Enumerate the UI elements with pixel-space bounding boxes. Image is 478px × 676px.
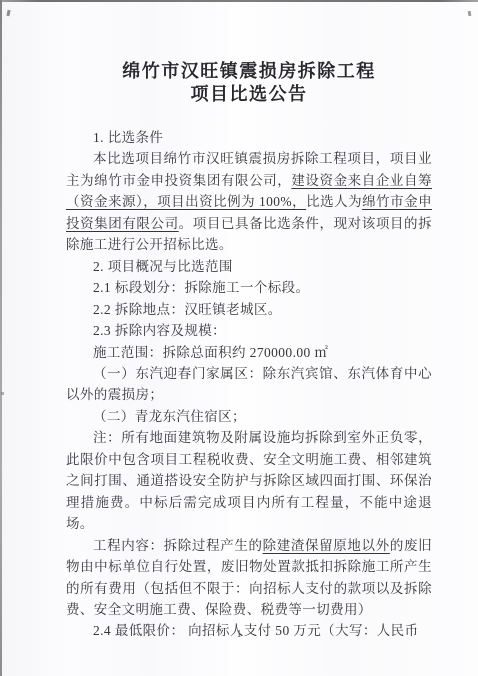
scan-artifact — [6, 10, 10, 16]
text-run: 2. 项目概况与比选范围 — [93, 259, 233, 274]
scanned-document-page: 绵竹市汉旺镇震损房拆除工程 项目比选公告 1. 比选条件 本比选项目绵竹市汉旺镇… — [0, 0, 478, 676]
text-run: 2.1 标段划分：拆除施工一个标段。 — [93, 280, 309, 295]
paragraph-section-1-heading: 1. 比选条件 — [66, 127, 432, 148]
document-title-line-1: 绵竹市汉旺镇震损房拆除工程 — [66, 60, 432, 83]
document-title: 绵竹市汉旺镇震损房拆除工程 项目比选公告 — [66, 60, 432, 106]
scan-artifact — [468, 11, 472, 16]
paragraph-2-2: 2.2 拆除地点：汉旺镇老城区。 — [66, 299, 432, 320]
text-run: （二）青龙东汽住宿区； — [93, 409, 246, 424]
scan-edge-top — [0, 0, 478, 2]
scan-edge-left — [0, 0, 2, 676]
paragraph-note: 注：所有地面建筑物及附属设施均拆除到室外正负零，此限价中包含项目工程税收费、安全… — [66, 427, 432, 534]
document-body: 1. 比选条件 本比选项目绵竹市汉旺镇震损房拆除工程项目，项目业主为绵竹市金申投… — [66, 127, 432, 642]
text-run: （一）东汽迎春门家属区：除东汽宾馆、东汽体育中心以外的震损房； — [66, 366, 432, 402]
paragraph-scope: 施工范围：拆除总面积约 270000.00 ㎡ — [66, 342, 432, 363]
paragraph-2-3: 2.3 拆除内容及规模： — [66, 320, 432, 341]
document-content: 绵竹市汉旺镇震损房拆除工程 项目比选公告 1. 比选条件 本比选项目绵竹市汉旺镇… — [66, 60, 432, 642]
scan-artifact — [1, 392, 4, 395]
paragraph-area-2: （二）青龙东汽住宿区； — [66, 406, 432, 427]
text-run: 工程内容：拆除过程产生的 — [93, 538, 263, 553]
paragraph-bid-conditions: 本比选项目绵竹市汉旺镇震损房拆除工程项目，项目业主为绵竹市金申投资集团有限公司，… — [66, 148, 432, 255]
text-run: 施工范围：拆除总面积约 270000.00 ㎡ — [93, 345, 328, 360]
text-run: 比选人为 — [306, 194, 362, 209]
text-run: 1. 比选条件 — [93, 130, 163, 145]
paragraph-2-1: 2.1 标段划分：拆除施工一个标段。 — [66, 277, 432, 298]
paragraph-work-content: 工程内容：拆除过程产生的除建渣保留原地以外的废旧物由中标单位自行处置，废旧物处置… — [66, 535, 432, 621]
paragraph-area-1: （一）东汽迎春门家属区：除东汽宾馆、东汽体育中心以外的震损房； — [66, 363, 432, 406]
underlined-text: 除建渣保留原地以外 — [263, 538, 390, 553]
paragraph-section-2-heading: 2. 项目概况与比选范围 — [66, 256, 432, 277]
document-title-line-2: 项目比选公告 — [66, 83, 432, 106]
page-number: 1 — [0, 629, 478, 640]
text-run: 2.3 拆除内容及规模： — [93, 323, 226, 338]
text-run: 注：所有地面建筑物及附属设施均拆除到室外正负零，此限价中包含项目工程税收费、安全… — [66, 430, 432, 531]
text-run: 2.2 拆除地点：汉旺镇老城区。 — [93, 302, 282, 317]
